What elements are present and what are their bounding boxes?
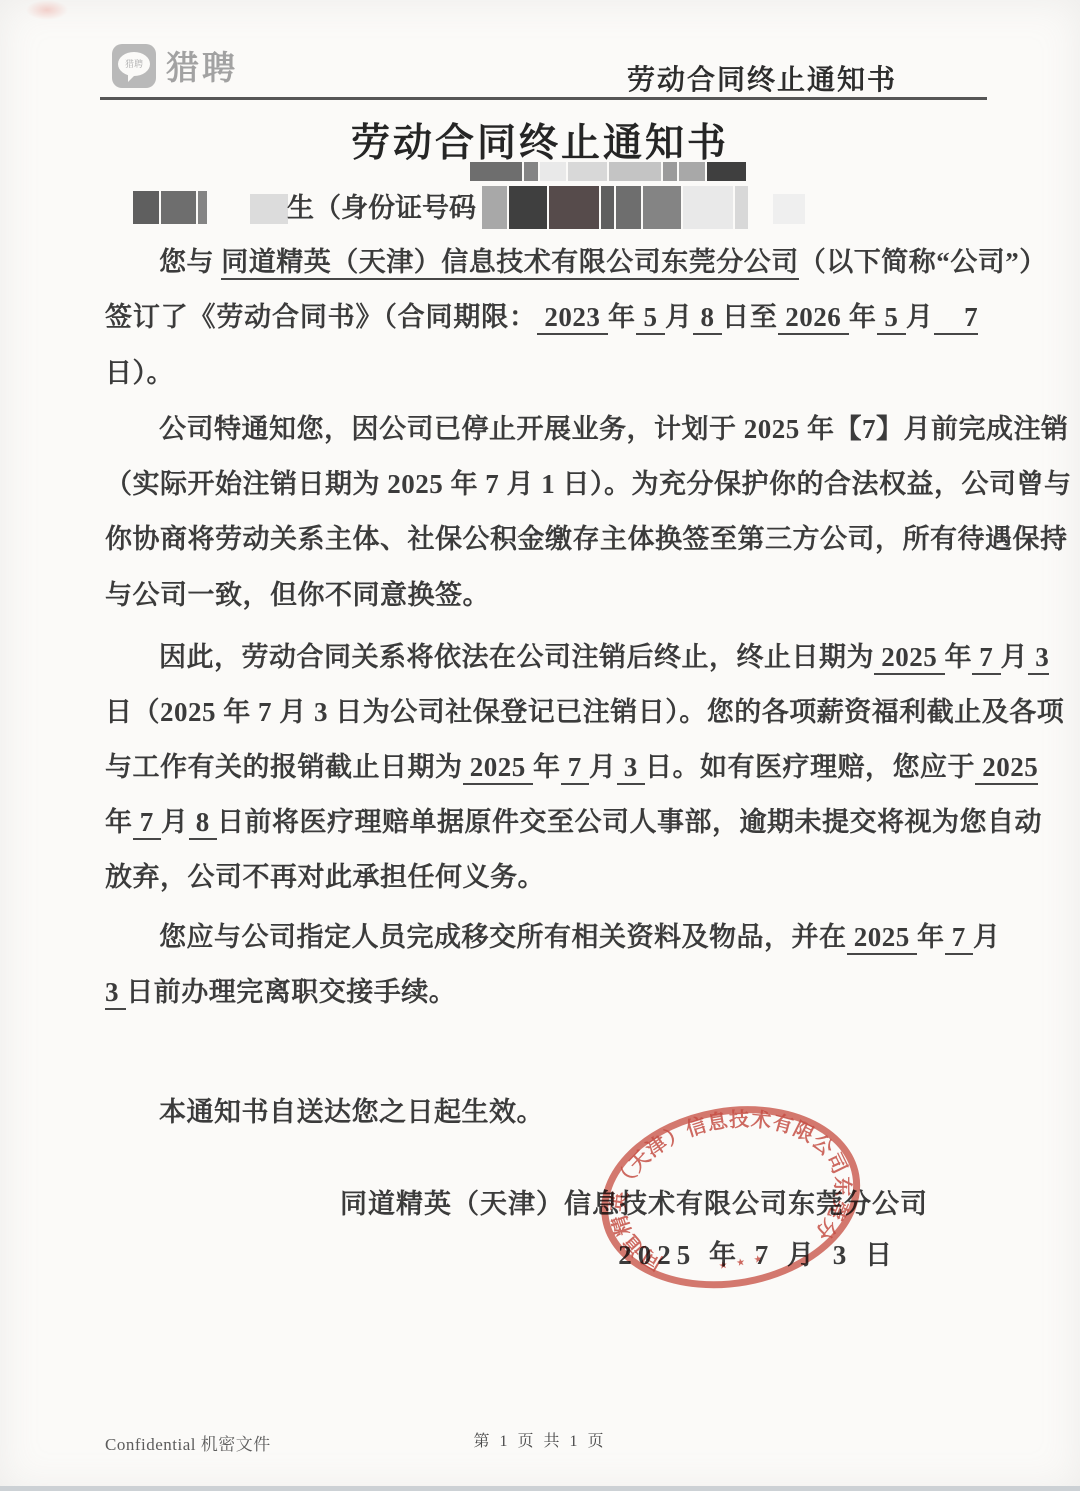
redaction-mosaic-top <box>470 162 746 181</box>
underlined-text: 5 <box>636 302 665 335</box>
underlined-text: 2023 <box>537 302 608 335</box>
header-doc-type: 劳动合同终止通知书 <box>627 58 897 98</box>
body-line: 3 日前办理完离职交接手续。 <box>105 973 978 1011</box>
underlined-text: 8 <box>189 807 218 840</box>
redaction-cell <box>568 162 607 181</box>
text: 年 <box>105 807 133 837</box>
text: 日前将医疗理赔单据原件交至公司人事部，逾期未提交将视为您自动 <box>217 807 1042 837</box>
redaction-cell <box>250 194 288 224</box>
underlined-text: 2026 <box>778 302 849 335</box>
text: 月 <box>906 302 934 332</box>
text: 年 <box>945 642 973 672</box>
text: （以下简称“公司”） <box>799 247 1047 277</box>
body-line: 因此，劳动合同关系将依法在公司注销后终止，终止日期为 2025 年 7 月 3 <box>105 638 978 676</box>
text: （实际开始注销日期为 2025 年 7 月 1 日）。为充分保护你的合法权益，公… <box>105 469 1072 499</box>
body-line: （实际开始注销日期为 2025 年 7 月 1 日）。为充分保护你的合法权益，公… <box>105 465 978 503</box>
redaction-mosaic-faint <box>773 194 805 224</box>
text: 月 <box>589 752 617 782</box>
body-line: 你协商将劳动关系主体、社保公积金缴存主体换签至第三方公司，所有待遇保持 <box>105 520 978 558</box>
redaction-cell <box>509 186 547 229</box>
redaction-mosaic-pre <box>250 194 288 224</box>
liepin-logo-icon: 猎聘 <box>112 44 156 88</box>
text: 签订了《劳动合同书》（合同期限： <box>105 302 537 332</box>
seal-bottom-marks: ★ ★ ★ <box>718 1253 767 1272</box>
scanned-document-page: 猎聘 猎聘 劳动合同终止通知书 劳动合同终止通知书 生（身份证号码 您与 同道精… <box>0 0 1080 1491</box>
liepin-logo-text: 猎聘 <box>166 42 238 89</box>
redaction-cell <box>601 186 614 229</box>
text: 年 <box>917 922 945 952</box>
text: 月 <box>1001 642 1029 672</box>
redaction-cell <box>609 162 661 181</box>
body-line: 日（2025 年 7 月 3 日为公司社保登记已注销日）。您的各项薪资福利截止及… <box>105 693 978 731</box>
underlined-text: 3 <box>1028 642 1049 675</box>
underlined-text: 7 <box>133 807 162 840</box>
underlined-text: 3 <box>105 977 126 1010</box>
text: 日前办理完离职交接手续。 <box>126 977 456 1007</box>
redaction-cell <box>540 162 566 181</box>
body-line: 年 7 月 8 日前将医疗理赔单据原件交至公司人事部，逾期未提交将视为您自动 <box>105 803 978 841</box>
header-divider <box>100 97 987 100</box>
underlined-text: 7 <box>972 642 1001 675</box>
underlined-text: 同道精英（天津）信息技术有限公司东莞分公司 <box>221 247 799 280</box>
text: 与工作有关的报销截止日期为 <box>105 752 463 782</box>
speech-bubble-icon: 猎聘 <box>118 52 150 76</box>
body-line: 您应与公司指定人员完成移交所有相关资料及物品，并在 2025 年 7 月 <box>105 918 978 956</box>
text: 与公司一致，但你不同意换签。 <box>105 580 490 610</box>
redaction-cell <box>198 191 207 224</box>
text: 月 <box>973 922 1001 952</box>
text: 日至 <box>722 302 778 332</box>
underlined-text: 7 <box>561 752 590 785</box>
redaction-cell <box>133 191 159 224</box>
redaction-cell <box>773 194 805 224</box>
text: 本通知书自送达您之日起生效。 <box>159 1097 544 1127</box>
text: 放弃，公司不再对此承担任何义务。 <box>105 862 545 892</box>
underlined-text: 2025 <box>975 752 1038 785</box>
recipient-line: 生（身份证号码 <box>105 184 978 232</box>
redaction-mosaic-name <box>133 191 207 224</box>
body-line: 日）。 <box>105 354 978 392</box>
text: 日。如有医疗理赔，您应于 <box>645 752 975 782</box>
redaction-cell <box>735 186 748 229</box>
document-title: 劳动合同终止通知书 <box>0 112 1080 168</box>
scan-artifact-red-smudge <box>26 0 68 20</box>
redaction-cell <box>161 191 196 224</box>
text: 日）。 <box>105 358 174 388</box>
redaction-cell <box>683 186 733 229</box>
underlined-text: 5 <box>877 302 906 335</box>
body-line: 公司特通知您，因公司已停止开展业务，计划于 2025 年【7】月前完成注销 <box>105 410 978 448</box>
body-line: 与工作有关的报销截止日期为 2025 年 7 月 3 日。如有医疗理赔，您应于 … <box>105 748 978 786</box>
redaction-cell <box>643 186 681 229</box>
recipient-visible-text: 生（身份证号码 <box>287 186 476 225</box>
footer-pagination: 第 1 页 共 1 页 <box>0 1428 1080 1451</box>
text: 公司特通知您，因公司已停止开展业务，计划于 2025 年【7】月前完成注销 <box>159 414 1069 444</box>
underlined-text: 3 <box>617 752 646 785</box>
underlined-text: 7 <box>934 302 978 335</box>
text: 您与 <box>159 247 221 277</box>
redaction-cell <box>679 162 705 181</box>
text: 月 <box>665 302 693 332</box>
liepin-logo: 猎聘 猎聘 <box>112 42 238 89</box>
underlined-text: 2025 <box>847 922 918 955</box>
body-line: 您与 同道精英（天津）信息技术有限公司东莞分公司（以下简称“公司”） <box>105 243 978 281</box>
text: 月 <box>161 807 189 837</box>
redaction-mosaic-id <box>482 186 748 229</box>
body-line: 与公司一致，但你不同意换签。 <box>105 576 978 614</box>
body-line: 放弃，公司不再对此承担任何义务。 <box>105 858 978 896</box>
underlined-text: 8 <box>693 302 722 335</box>
underlined-text: 7 <box>945 922 974 955</box>
scan-edge <box>0 1486 1080 1491</box>
text: 您应与公司指定人员完成移交所有相关资料及物品，并在 <box>159 922 847 952</box>
text: 日（2025 年 7 月 3 日为公司社保登记已注销日）。您的各项薪资福利截止及… <box>105 697 1064 727</box>
redaction-cell <box>616 186 641 229</box>
redaction-cell <box>524 162 537 181</box>
text: 你协商将劳动关系主体、社保公积金缴存主体换签至第三方公司，所有待遇保持 <box>105 524 1068 554</box>
redaction-cell <box>549 186 599 229</box>
underlined-text: 2025 <box>874 642 945 675</box>
text: 年 <box>608 302 636 332</box>
redaction-cell <box>663 162 676 181</box>
text: 年 <box>533 752 561 782</box>
body-line: 签订了《劳动合同书》（合同期限： 2023 年 5 月 8 日至 2026 年 … <box>105 298 978 336</box>
redaction-cell <box>470 162 522 181</box>
text: 年 <box>849 302 877 332</box>
text: 因此，劳动合同关系将依法在公司注销后终止，终止日期为 <box>159 642 874 672</box>
redaction-cell <box>482 186 507 229</box>
redaction-cell <box>707 162 746 181</box>
underlined-text: 2025 <box>463 752 534 785</box>
